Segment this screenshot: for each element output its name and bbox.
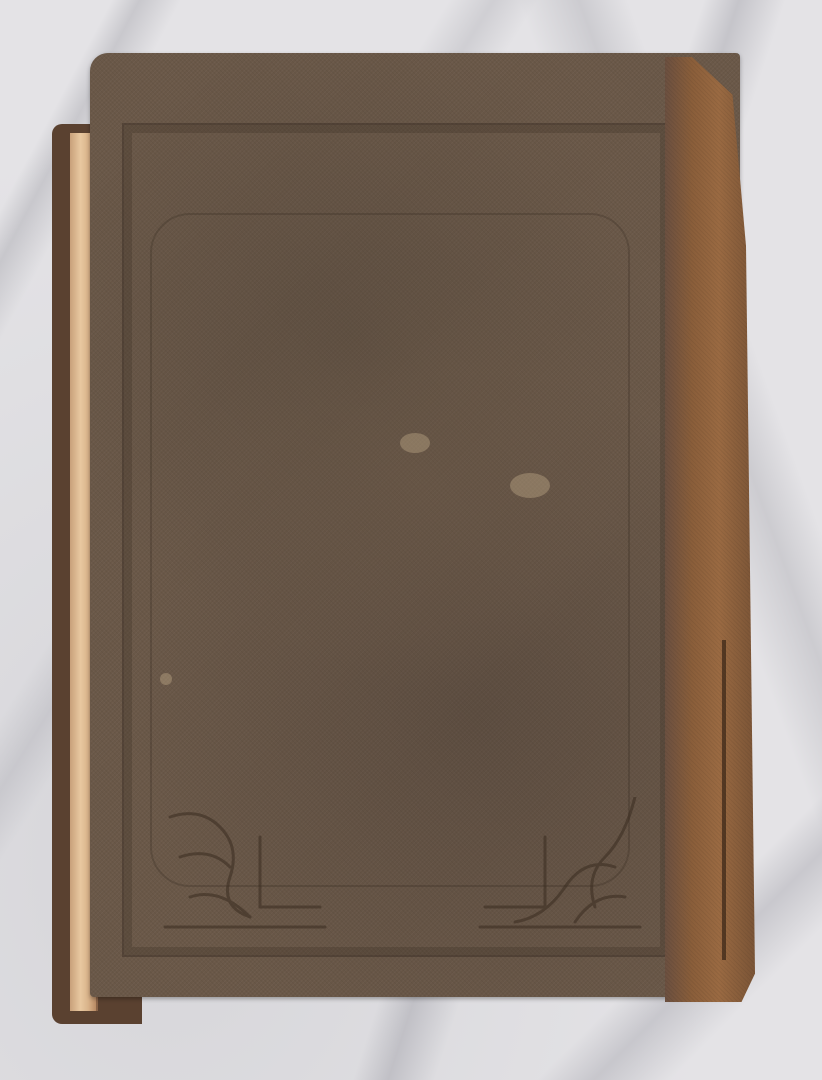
worn-spot — [160, 673, 172, 685]
corner-ornament-icon — [475, 797, 645, 937]
worn-spot — [510, 473, 550, 498]
embossed-inner-frame — [150, 213, 630, 887]
spine-groove — [722, 640, 726, 960]
worn-spot — [400, 433, 430, 453]
book-cover — [90, 53, 740, 997]
book-spine — [665, 57, 755, 1002]
corner-ornament-icon — [160, 797, 330, 937]
